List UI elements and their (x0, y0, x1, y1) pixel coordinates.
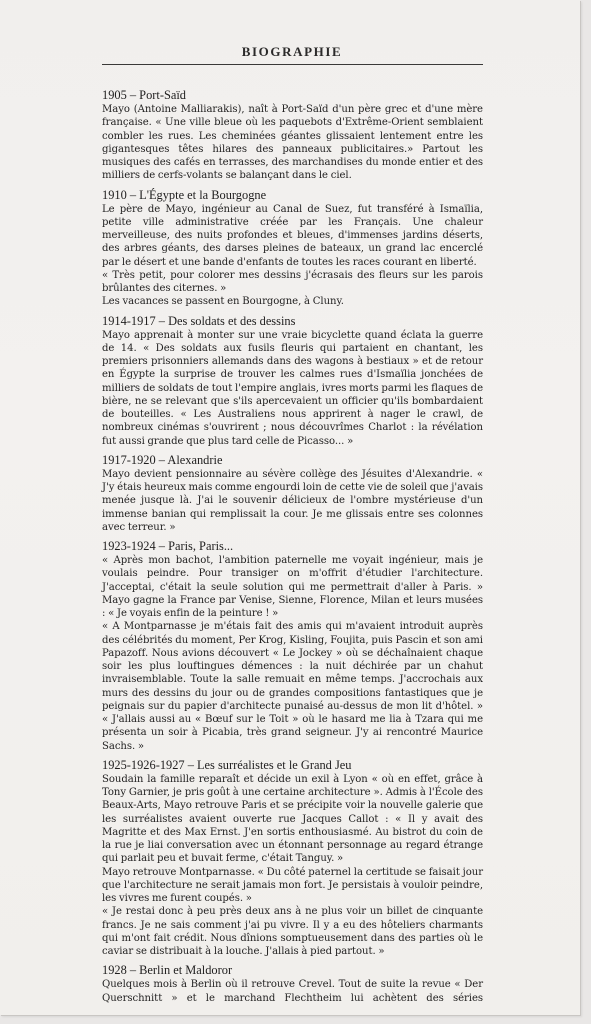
entry-1917-1920: 1917-1920 – Alexandrie Mayo devient pens… (102, 453, 483, 534)
document-page: BIOGRAPHIE 1905 – Port-Saïd Mayo (Antoin… (0, 0, 580, 1015)
entry-heading: 1914-1917 – Des soldats et des dessins (102, 314, 483, 328)
entry-paragraph: Mayo retrouve Montparnasse. « Du côté pa… (102, 866, 483, 906)
entry-paragraph: Quelques mois à Berlin où il retrouve Cr… (102, 978, 483, 1005)
entry-paragraph: « A Montparnasse je m'étais fait des ami… (102, 620, 483, 753)
entry-heading: 1905 – Port-Saïd (102, 88, 483, 102)
entry-1914-1917: 1914-1917 – Des soldats et des dessins M… (102, 314, 483, 448)
entry-paragraph: Mayo devient pensionnaire au sévère coll… (102, 468, 483, 534)
entry-heading: 1923-1924 – Paris, Paris... (102, 539, 483, 553)
entry-paragraph: Mayo (Antoine Malliarakis), naît à Port-… (102, 103, 483, 183)
entry-1905: 1905 – Port-Saïd Mayo (Antoine Malliarak… (102, 88, 483, 183)
page-title: BIOGRAPHIE (102, 44, 482, 60)
entry-1925-1927: 1925-1926-1927 – Les surréalistes et le … (102, 758, 483, 959)
entry-heading: 1928 – Berlin et Maldoror (102, 963, 483, 977)
biography-body: 1905 – Port-Saïd Mayo (Antoine Malliarak… (102, 88, 483, 1010)
entry-heading: 1910 – L'Égypte et la Bourgogne (102, 188, 483, 202)
entry-1910: 1910 – L'Égypte et la Bourgogne Le père … (102, 188, 483, 309)
entry-1928: 1928 – Berlin et Maldoror Quelques mois … (102, 963, 483, 1005)
entry-paragraph: Le père de Mayo, ingénieur au Canal de S… (102, 203, 483, 269)
entry-paragraph: Soudain la famille reparaît et décide un… (102, 773, 483, 866)
entry-paragraph: Les vacances se passent en Bourgogne, à … (102, 295, 483, 308)
entry-paragraph: « Après mon bachot, l'ambition paternell… (102, 554, 483, 620)
entry-1923-1924: 1923-1924 – Paris, Paris... « Après mon … (102, 539, 483, 753)
entry-paragraph: Mayo apprenait à monter sur une vraie bi… (102, 329, 483, 448)
entry-heading: 1917-1920 – Alexandrie (102, 453, 483, 467)
entry-paragraph: « Je restai donc à peu près deux ans à n… (102, 905, 483, 958)
entry-paragraph: « Très petit, pour colorer mes dessins j… (102, 269, 483, 296)
entry-heading: 1925-1926-1927 – Les surréalistes et le … (102, 758, 483, 772)
header-divider (102, 64, 483, 65)
